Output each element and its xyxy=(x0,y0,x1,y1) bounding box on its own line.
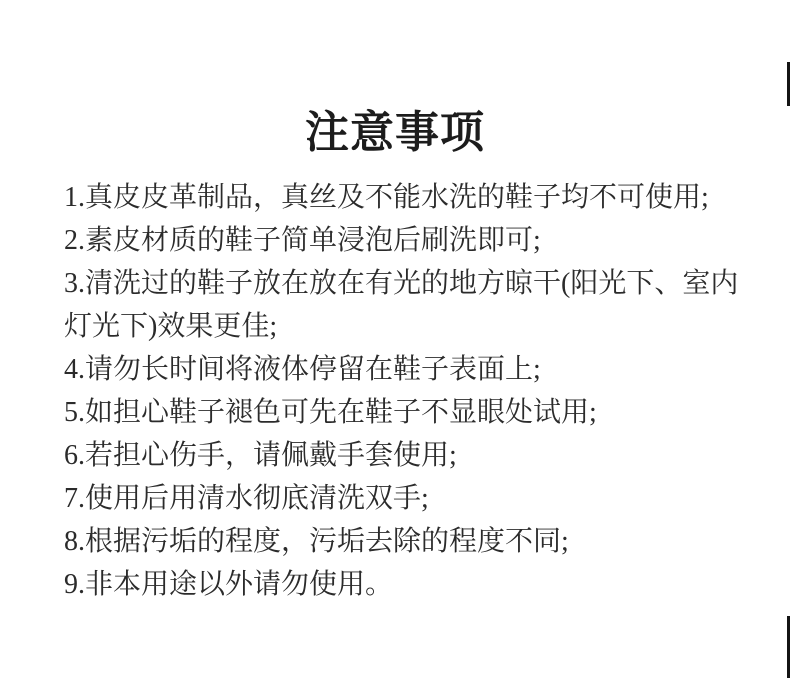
note-item-9: 9.非本用途以外请勿使用。 xyxy=(64,563,754,606)
notice-page: 注意事项 1.真皮皮革制品，真丝及不能水洗的鞋子均不可使用; 2.素皮材质的鞋子… xyxy=(0,0,790,678)
page-title: 注意事项 xyxy=(0,96,790,160)
note-item-8: 8.根据污垢的程度，污垢去除的程度不同; xyxy=(64,520,754,563)
note-item-1: 1.真皮皮革制品，真丝及不能水洗的鞋子均不可使用; xyxy=(64,176,754,219)
note-item-4: 4.请勿长时间将液体停留在鞋子表面上; xyxy=(64,348,754,391)
note-item-6: 6.若担心伤手，请佩戴手套使用; xyxy=(64,434,754,477)
note-item-3: 3.清洗过的鞋子放在放在有光的地方晾干(阳光下、室内灯光下)效果更佳; xyxy=(64,262,754,348)
notes-list: 1.真皮皮革制品，真丝及不能水洗的鞋子均不可使用; 2.素皮材质的鞋子简单浸泡后… xyxy=(64,176,754,606)
note-item-7: 7.使用后用清水彻底清洗双手; xyxy=(64,477,754,520)
note-item-2: 2.素皮材质的鞋子简单浸泡后刷洗即可; xyxy=(64,219,754,262)
note-item-5: 5.如担心鞋子褪色可先在鞋子不显眼处试用; xyxy=(64,391,754,434)
